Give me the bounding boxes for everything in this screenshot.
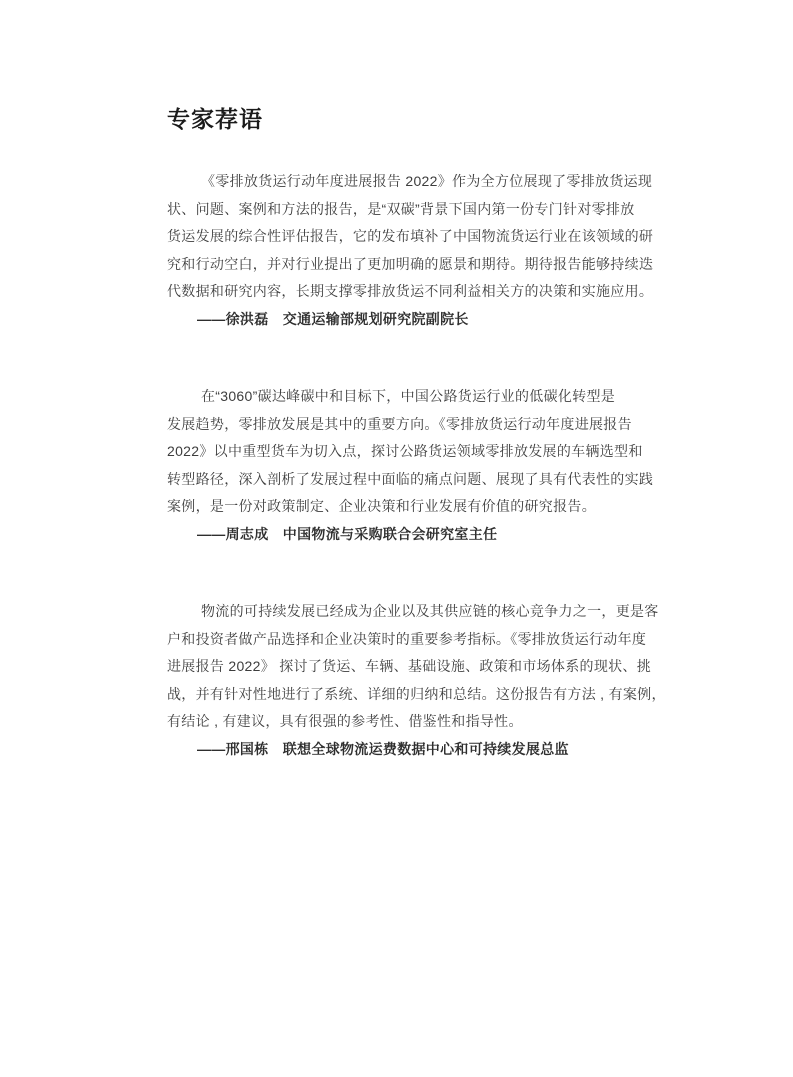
- recommendation-paragraph-2: 在“3060”碳达峰碳中和目标下，中国公路货运行业的低碳化转型是 发展趋势，零排…: [167, 383, 635, 548]
- paragraph-line: 转型路径，深入剖析了发展过程中面临的痛点问题、展现了具有代表性的实践: [167, 466, 635, 494]
- paragraph-line: 在“3060”碳达峰碳中和目标下，中国公路货运行业的低碳化转型是: [167, 383, 635, 411]
- paragraph-line: 物流的可持续发展已经成为企业以及其供应链的核心竞争力之一，更是客: [167, 598, 635, 626]
- recommendation-paragraph-3: 物流的可持续发展已经成为企业以及其供应链的核心竞争力之一，更是客 户和投资者做产…: [167, 598, 635, 763]
- paragraph-line: 货运发展的综合性评估报告，它的发布填补了中国物流货运行业在该领域的研: [167, 223, 635, 251]
- paragraph-line: 《零排放货运行动年度进展报告 2022》作为全方位展现了零排放货运现: [167, 168, 635, 196]
- paragraph-line: 有结论 , 有建议，具有很强的参考性、借鉴性和指导性。: [167, 708, 635, 736]
- paragraph-line: 户和投资者做产品选择和企业决策时的重要参考指标。《零排放货运行动年度: [167, 626, 635, 654]
- paragraph-line: 进展报告 2022》 探讨了货运、车辆、基础设施、政策和市场体系的现状、挑: [167, 653, 635, 681]
- document-page: 专家荐语 《零排放货运行动年度进展报告 2022》作为全方位展现了零排放货运现 …: [0, 0, 793, 1077]
- attribution-line: ——邢国栋 联想全球物流运费数据中心和可持续发展总监: [167, 736, 635, 764]
- paragraph-line: 究和行动空白，并对行业提出了更加明确的愿景和期待。期待报告能够持续迭: [167, 251, 635, 279]
- paragraph-line: 状、问题、案例和方法的报告，是“双碳”背景下国内第一份专门针对零排放: [167, 196, 635, 224]
- attribution-line: ——徐洪磊 交通运输部规划研究院副院长: [167, 306, 635, 334]
- paragraph-line: 案例，是一份对政策制定、企业决策和行业发展有价值的研究报告。: [167, 493, 635, 521]
- paragraph-line: 发展趋势，零排放发展是其中的重要方向。《零排放货运行动年度进展报告: [167, 411, 635, 439]
- attribution-line: ——周志成 中国物流与采购联合会研究室主任: [167, 521, 635, 549]
- recommendation-paragraph-1: 《零排放货运行动年度进展报告 2022》作为全方位展现了零排放货运现 状、问题、…: [167, 168, 635, 333]
- paragraph-line: 代数据和研究内容，长期支撑零排放货运不同利益相关方的决策和实施应用。: [167, 278, 635, 306]
- page-title: 专家荐语: [167, 106, 263, 134]
- paragraph-line: 战，并有针对性地进行了系统、详细的归纳和总结。这份报告有方法 , 有案例，: [167, 681, 635, 709]
- paragraph-line: 2022》以中重型货车为切入点，探讨公路货运领域零排放发展的车辆选型和: [167, 438, 635, 466]
